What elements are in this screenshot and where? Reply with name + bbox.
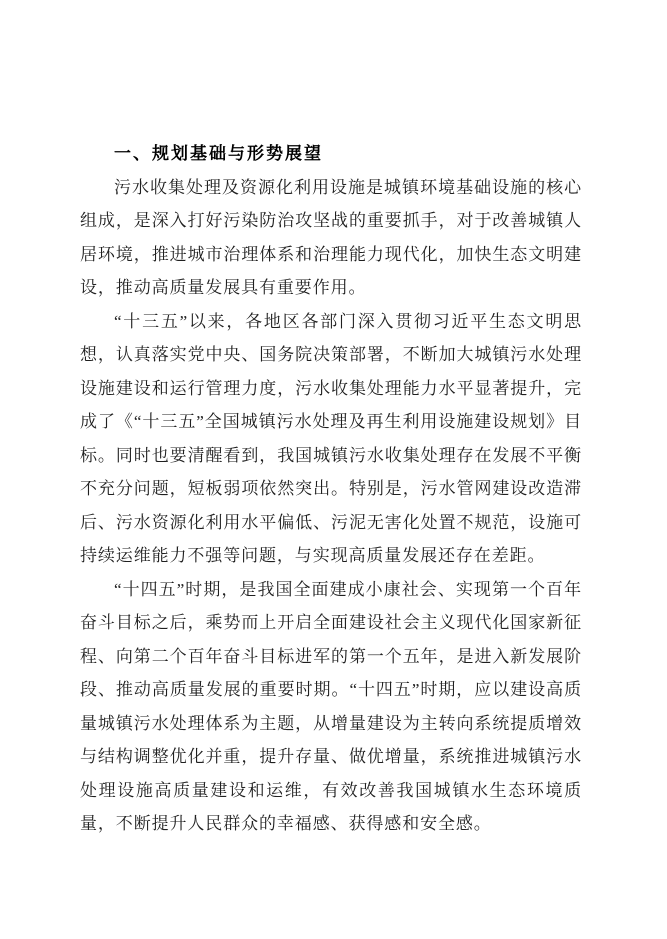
document-page: 一、规划基础与形势展望 污水收集处理及资源化利用设施是城镇环境基础设施的核心组成… xyxy=(0,0,667,939)
paragraph-intro: 污水收集处理及资源化利用设施是城镇环境基础设施的核心组成，是深入打好污染防治攻坚… xyxy=(80,171,582,305)
paragraph-13th-five-year-review: “十三五”以来，各地区各部门深入贯彻习近平生态文明思想，认真落实党中央、国务院决… xyxy=(80,305,582,573)
paragraph-14th-five-year-outlook: “十四五”时期，是我国全面建成小康社会、实现第一个百年奋斗目标之后，乘势而上开启… xyxy=(80,573,582,841)
section-heading: 一、规划基础与形势展望 xyxy=(80,137,582,171)
document-content: 一、规划基础与形势展望 污水收集处理及资源化利用设施是城镇环境基础设施的核心组成… xyxy=(80,137,582,841)
